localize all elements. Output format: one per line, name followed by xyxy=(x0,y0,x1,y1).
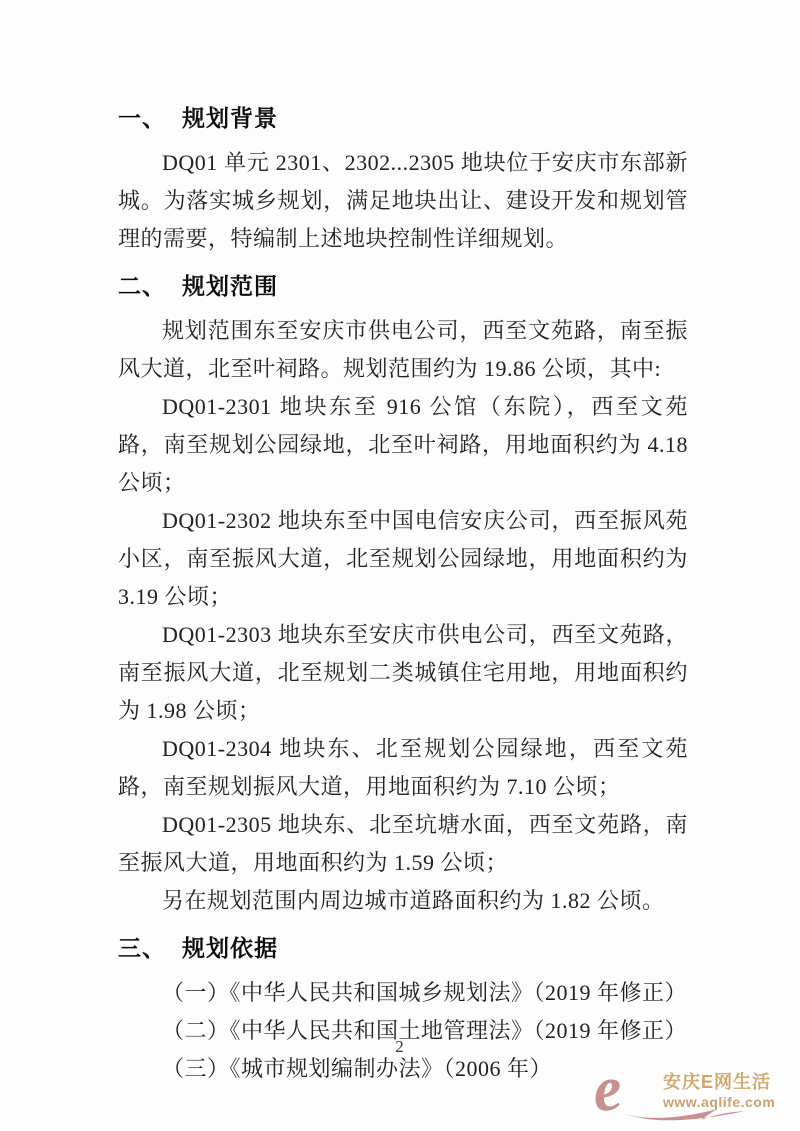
paragraph-scope-overview: 规划范围东至安庆市供电公司，西至文苑路，南至振风大道，北至叶祠路。规划范围约为 … xyxy=(118,312,688,388)
section-1-title: 规划背景 xyxy=(182,105,278,131)
watermark-logo: e 安庆E网生活 www.aqlife.com xyxy=(591,1065,796,1129)
section-heading-2: 二、规划范围 xyxy=(118,270,688,302)
watermark-url: www.aqlife.com xyxy=(663,1093,796,1111)
section-heading-1: 一、规划背景 xyxy=(118,102,688,134)
paragraph-background: DQ01 单元 2301、2302...2305 地块位于安庆市东部新城。为落实… xyxy=(118,144,688,258)
section-2-number: 二、 xyxy=(118,273,166,299)
section-3-number: 三、 xyxy=(118,935,166,961)
section-2-title: 规划范围 xyxy=(182,273,278,299)
section-heading-3: 三、规划依据 xyxy=(118,932,688,964)
paragraph-roads: 另在规划范围内周边城市道路面积约为 1.82 公顷。 xyxy=(118,882,688,920)
page-number: 2 xyxy=(0,1037,800,1057)
paragraph-block-2304: DQ01-2304 地块东、北至规划公园绿地，西至文苑路，南至规划振风大道，用地… xyxy=(118,730,688,806)
paragraph-block-2302: DQ01-2302 地块东至中国电信安庆公司，西至振风苑小区，南至振风大道，北至… xyxy=(118,502,688,616)
paragraph-block-2305: DQ01-2305 地块东、北至坑塘水面，西至文苑路，南至振风大道，用地面积约为… xyxy=(118,806,688,882)
paragraph-block-2303: DQ01-2303 地块东至安庆市供电公司，西至文苑路，南至振风大道，北至规划二… xyxy=(118,616,688,730)
document-page: 一、规划背景 DQ01 单元 2301、2302...2305 地块位于安庆市东… xyxy=(0,0,800,1131)
section-1-number: 一、 xyxy=(118,105,166,131)
paragraph-block-2301: DQ01-2301 地块东至 916 公馆（东院），西至文苑路，南至规划公园绿地… xyxy=(118,388,688,502)
document-content: 一、规划背景 DQ01 单元 2301、2302...2305 地块位于安庆市东… xyxy=(118,102,688,1088)
reference-item-1: （一）《中华人民共和国城乡规划法》（2019 年修正） xyxy=(118,974,688,1012)
watermark-title: 安庆E网生活 xyxy=(663,1071,796,1093)
watermark-text: 安庆E网生活 www.aqlife.com xyxy=(663,1071,796,1111)
section-3-title: 规划依据 xyxy=(182,935,278,961)
